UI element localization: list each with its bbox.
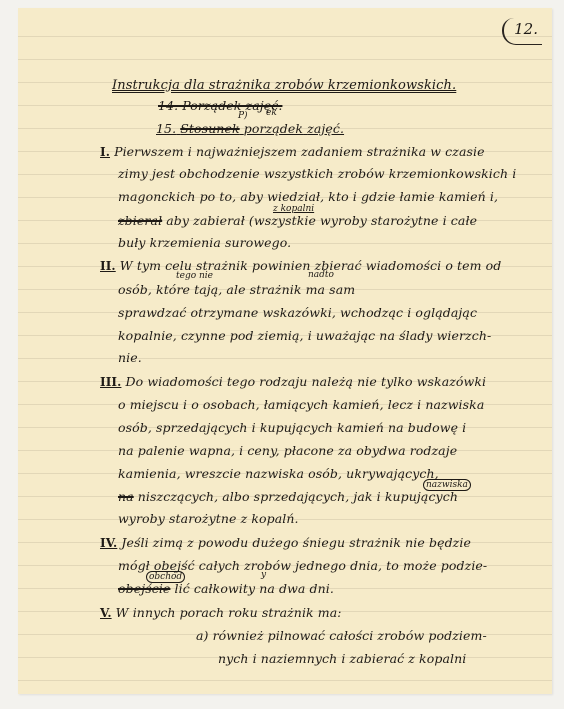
insert-ek: ek	[266, 108, 277, 118]
section-2-insert-1: tego nie	[176, 271, 213, 281]
section-5-numeral: V.	[100, 606, 112, 620]
section-2-line-2: osób, które tają, ale strażnik ma sam	[118, 282, 355, 297]
section-1-line-5: buły krzemienia surowego.	[118, 235, 291, 250]
subtitle-end: zajęć.	[307, 121, 344, 136]
section-2-line-1: II. W tym celu strażnik powinien zbierać…	[100, 258, 501, 273]
section-1-line-1: I. Pierwszem i najważniejszem zadaniem s…	[100, 144, 485, 159]
subtitle-number: 15.	[156, 121, 176, 136]
section-1-line-2: zimy jest obchodzenie wszystkich zrobów …	[118, 166, 516, 181]
page-number: 12.	[502, 18, 542, 45]
subtitle: 15. Stosunek porządek zajęć.	[156, 121, 344, 136]
section-2-line-3: sprawdzać otrzymane wskazówki, wchodząc …	[118, 305, 477, 320]
section-3-line-6: na niszczących, albo sprzedających, jak …	[118, 489, 458, 504]
section-2-numeral: II.	[100, 259, 116, 273]
section-3-line-5: kamienia, wreszcie nazwiska osób, ukrywa…	[118, 466, 439, 481]
section-3-struck-na: na	[118, 489, 134, 504]
section-5-line-1: V. W innych porach roku strażnik ma:	[100, 605, 342, 620]
section-2-line-4: kopalnie, czynne pod ziemią, i uważając …	[118, 328, 491, 343]
insert-p: P)	[238, 111, 248, 121]
section-1-numeral: I.	[100, 145, 110, 159]
section-3-line-4: na palenie wapna, i ceny, płacone za oby…	[118, 443, 457, 458]
section-3-line-3: osób, sprzedających i kupujących kamień …	[118, 420, 466, 435]
section-1-line-3: magonckich po to, aby wiedział, kto i gd…	[118, 189, 498, 204]
section-5-line-3: nych i naziemnych i zabierać z kopalni	[218, 651, 466, 666]
section-4-line-1: IV. Jeśli zimą z powodu dużego śniegu st…	[100, 535, 471, 550]
document-title: Instrukcja dla strażnika zrobów krzemion…	[112, 78, 456, 93]
section-4-insert-2: y	[261, 570, 266, 580]
section-5-line-2: a) również pilnować całości zrobów podzi…	[196, 628, 487, 643]
section-1-line-4: zbierał aby zabierał (wszystkie wyroby s…	[118, 213, 477, 228]
section-2-insert-2: nadto	[308, 270, 334, 280]
struck-heading: 14. Porządek zajęć.	[158, 98, 282, 113]
section-3-line-2: o miejscu i o osobach, łamiących kamień,…	[118, 397, 484, 412]
manuscript-page: 12. Instrukcja dla strażnika zrobów krze…	[18, 8, 552, 694]
section-3-numeral: III.	[100, 375, 121, 389]
section-3-line-1: III. Do wiadomości tego rodzaju należą n…	[100, 374, 486, 389]
section-1-struck-word: zbierał	[118, 213, 162, 228]
section-3-line-7: wyroby starożytne z kopalń.	[118, 511, 299, 526]
subtitle-struck-word: Stosunek	[180, 121, 239, 136]
section-4-struck-word: obejście	[118, 581, 170, 596]
section-4-numeral: IV.	[100, 536, 117, 550]
section-4-line-3: obejście lić całkowity na dwa dni.	[118, 581, 334, 596]
subtitle-word: porządek	[244, 121, 303, 136]
section-2-line-5: nie.	[118, 350, 142, 365]
